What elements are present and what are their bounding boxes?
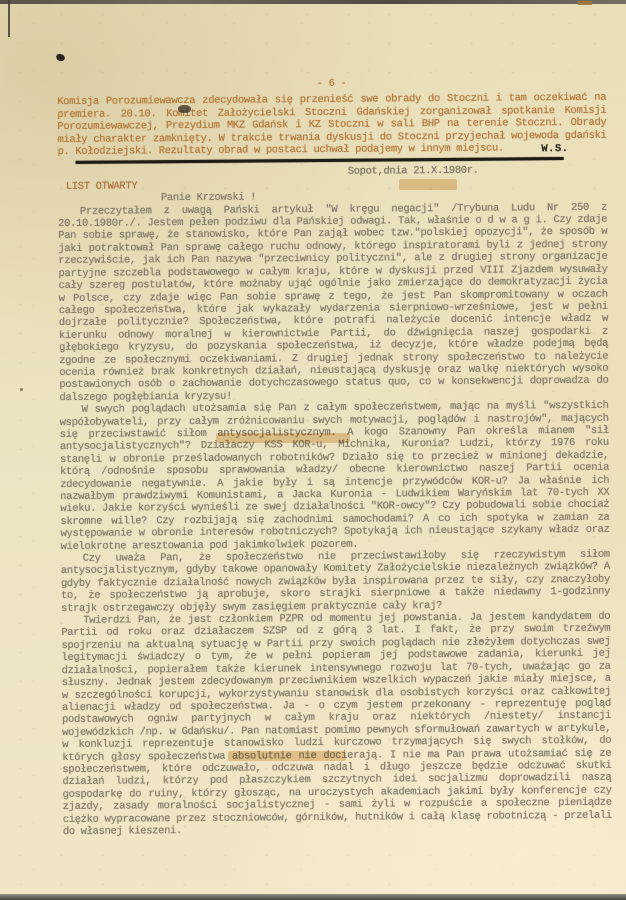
scan-artifact [55,53,66,63]
highlight-mark [399,179,457,190]
highlight-mark [228,751,346,761]
letter-paragraph: Przeczytałem z uwagą Pański artykuł "W k… [58,201,609,404]
letter-paragraph: W swych poglądach utożsamia się Pan z ca… [60,400,610,553]
divider-rule [76,157,564,164]
scan-artifact [178,105,191,113]
scan-artifact [8,0,10,37]
editorial-note-text: Komisja Porozumiewawcza zdecydowała się … [57,92,606,158]
scan-artifact [578,1,592,5]
scan-artifact [20,388,23,391]
highlight-mark [216,433,350,443]
typed-page-content: - 6 - Komisja Porozumiewawcza zdecydował… [57,76,612,839]
paper-sheet: - 6 - Komisja Porozumiewawcza zdecydował… [0,0,626,900]
editorial-note: Komisja Porozumiewawcza zdecydowała się … [57,92,606,158]
scan-artifact [480,640,483,642]
scan-edge-bottom [0,894,626,900]
letter-paragraph: Twierdzi Pan, że jest członkiem PZPR od … [61,611,612,839]
letter-paragraph: Czy uważa Pan, że społeczeństwo nie prze… [61,549,610,615]
page-number: - 6 - [57,76,606,93]
scan-edge-top [0,0,626,4]
note-signature: W.S. [541,143,568,156]
